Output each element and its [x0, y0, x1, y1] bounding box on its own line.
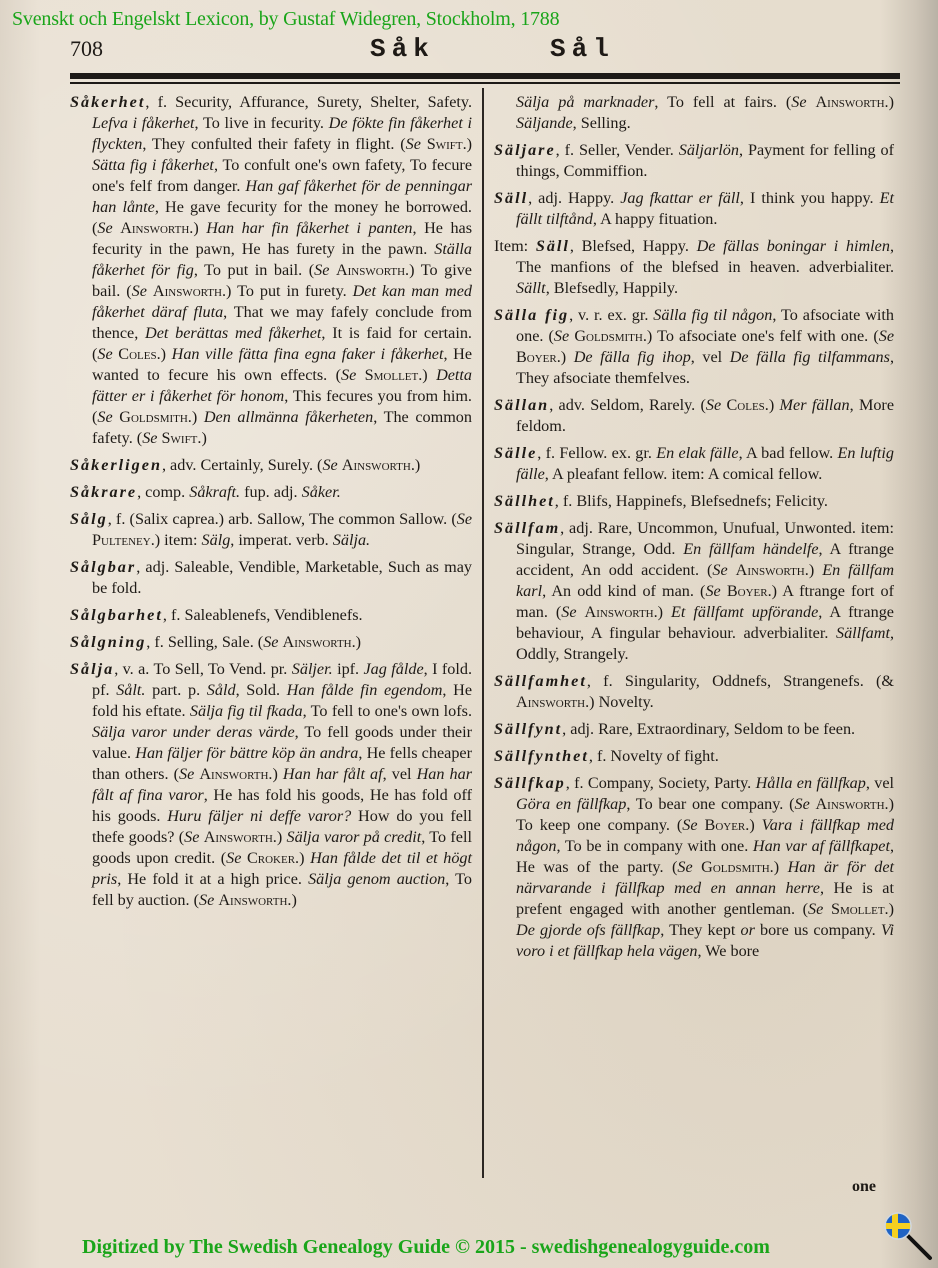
left-column: Såkerhet, f. Security, Affurance, Surety… — [70, 92, 472, 917]
dictionary-entry: Sälja på marknader, To fell at fairs. (S… — [494, 92, 894, 134]
dictionary-entry: Sålgning, f. Selling, Sale. (Se Ainswort… — [70, 632, 472, 653]
header-rule — [70, 73, 900, 79]
overlay-title: Svenskt och Engelskt Lexicon, by Gustaf … — [12, 8, 559, 31]
dictionary-entry: Sålgbar, adj. Saleable, Vendible, Market… — [70, 557, 472, 599]
dictionary-entry: Sällfkap, f. Company, Society, Party. Hå… — [494, 773, 894, 962]
dictionary-entry: Sällfamhet, f. Singularity, Oddnefs, Str… — [494, 671, 894, 713]
header-rule-thin — [70, 82, 900, 84]
dictionary-entry: Sålja, v. a. To Sell, To Vend. pr. Sälje… — [70, 659, 472, 911]
dictionary-entry: Såkrare, comp. Såkraft. fup. adj. Såker. — [70, 482, 472, 503]
running-head: 708 Såk Sål — [70, 32, 870, 68]
dictionary-entry: Säljare, f. Seller, Vender. Säljarlön, P… — [494, 140, 894, 182]
dictionary-entry: Sällfynt, adj. Rare, Extraordinary, Seld… — [494, 719, 894, 740]
dictionary-entry: Sålg, f. (Salix caprea.) arb. Sallow, Th… — [70, 509, 472, 551]
dictionary-entry: Säll, adj. Happy. Jag fkattar er fäll, I… — [494, 188, 894, 230]
dictionary-entry: Item: Säll, Blefsed, Happy. De fällas bo… — [494, 236, 894, 299]
column-divider — [482, 88, 484, 1178]
dictionary-entry: Sällfam, adj. Rare, Uncommon, Unufual, U… — [494, 518, 894, 665]
dictionary-entry: Sälle, f. Fellow. ex. gr. En elak fälle,… — [494, 443, 894, 485]
dictionary-entry: Sällan, adv. Seldom, Rarely. (Se Coles.)… — [494, 395, 894, 437]
catchword: one — [852, 1178, 876, 1196]
dictionary-entry: Sällfynthet, f. Novelty of fight. — [494, 746, 894, 767]
dictionary-entry: Sällhet, f. Blifs, Happinefs, Blefsednef… — [494, 491, 894, 512]
right-column: Sälja på marknader, To fell at fairs. (S… — [494, 92, 894, 968]
dictionary-entry: Såkerhet, f. Security, Affurance, Surety… — [70, 92, 472, 449]
guide-word-left: Såk — [370, 34, 435, 64]
dictionary-entry: Sälla fig, v. r. ex. gr. Sälla fig til n… — [494, 305, 894, 389]
swedish-flag-magnifier-icon[interactable] — [882, 1210, 934, 1262]
digitized-footer: Digitized by The Swedish Genealogy Guide… — [82, 1236, 770, 1259]
guide-word-right: Sål — [550, 34, 615, 64]
dictionary-entry: Sålgbarhet, f. Saleablenefs, Vendiblenef… — [70, 605, 472, 626]
page-number: 708 — [70, 36, 103, 62]
dictionary-entry: Såkerligen, adv. Certainly, Surely. (Se … — [70, 455, 472, 476]
